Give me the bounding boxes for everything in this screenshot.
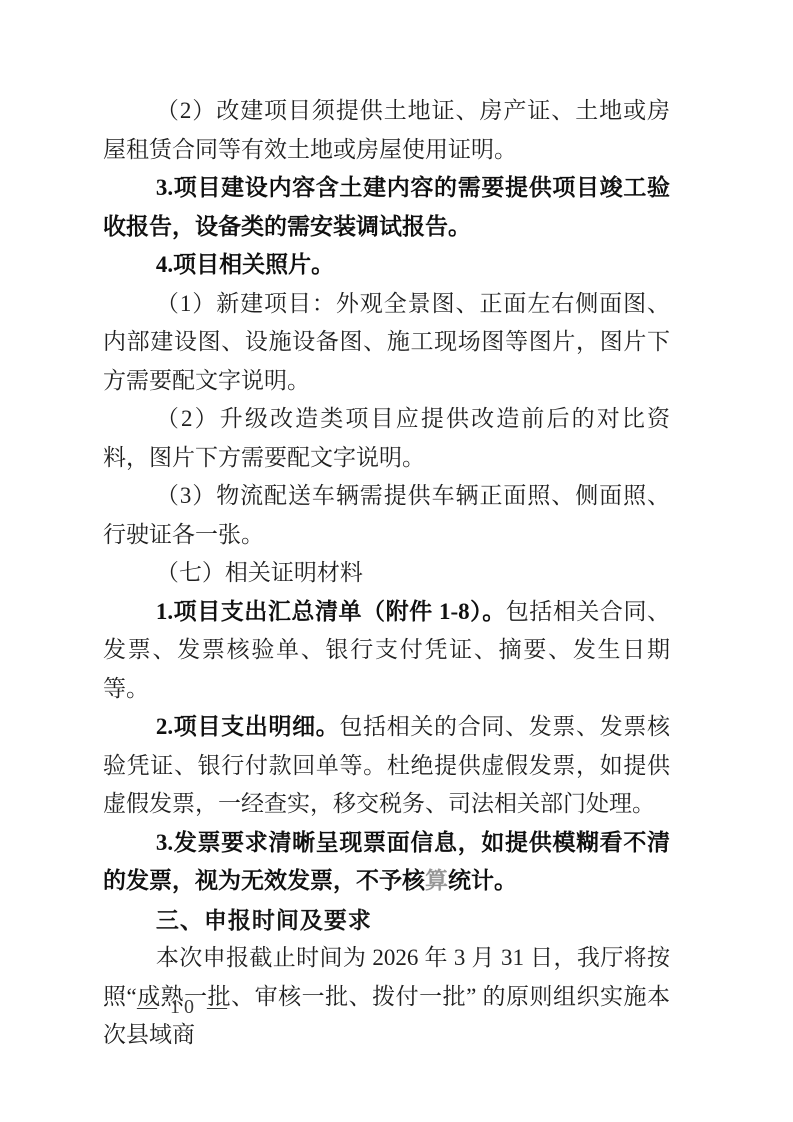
paragraph-text: （2）改建项目须提供土地证、房产证、土地或房屋租赁合同等有效土地或房屋使用证明。 xyxy=(103,98,670,162)
paragraph-text: （1）新建项目：外观全景图、正面左右侧面图、内部建设图、设施设备图、施工现场图等… xyxy=(103,291,670,393)
page-number: — 10 — xyxy=(137,996,231,1019)
paragraph-text: （2）升级改造类项目应提供改造前后的对比资料，图片下方需要配文字说明。 xyxy=(103,406,670,470)
paragraph-text: 3.项目建设内容含土建内容的需要提供项目竣工验收报告，设备类的需安装调试报告。 xyxy=(103,175,670,239)
document-body: （2）改建项目须提供土地证、房产证、土地或房屋租赁合同等有效土地或房屋使用证明。… xyxy=(103,92,670,1055)
paragraph-delivery-vehicle-photos: （3）物流配送车辆需提供车辆正面照、侧面照、行驶证各一张。 xyxy=(103,477,670,554)
paragraph-lead-text: 1.项目支出汇总清单（附件 1-8）。 xyxy=(156,599,506,624)
paragraph-text: 4.项目相关照片。 xyxy=(156,252,334,277)
paragraph-lead-text: 2.项目支出明细。 xyxy=(156,714,340,739)
paragraph-new-project-photos: （1）新建项目：外观全景图、正面左右侧面图、内部建设图、设施设备图、施工现场图等… xyxy=(103,285,670,401)
paragraph-project-photos-heading: 4.项目相关照片。 xyxy=(103,246,670,285)
paragraph-invoice-clarity-requirement: 3.发票要求清晰呈现票面信息，如提供模糊看不清的发票，视为无效发票，不予核算统计… xyxy=(103,824,670,901)
paragraph-text: （3）物流配送车辆需提供车辆正面照、侧面照、行驶证各一张。 xyxy=(103,483,670,547)
paragraph-text: 统计。 xyxy=(448,868,517,893)
paragraph-construction-acceptance-report: 3.项目建设内容含土建内容的需要提供项目竣工验收报告，设备类的需安装调试报告。 xyxy=(103,169,670,246)
paragraph-expense-details: 2.项目支出明细。包括相关的合同、发票、发票核验凭证、银行付款回单等。杜绝提供虚… xyxy=(103,708,670,824)
paragraph-text: 3.发票要求清晰呈现票面信息，如提供模糊看不清的发票，视为无效发票，不予核 xyxy=(103,830,670,894)
section-heading-text: 三、申报时间及要求 xyxy=(156,907,372,933)
paragraph-expense-summary-list: 1.项目支出汇总清单（附件 1-8）。包括相关合同、发票、发票核验单、银行支付凭… xyxy=(103,593,670,709)
paragraph-rebuild-project-certificates: （2）改建项目须提供土地证、房产证、土地或房屋租赁合同等有效土地或房屋使用证明。 xyxy=(103,92,670,169)
document-page: （2）改建项目须提供土地证、房产证、土地或房屋租赁合同等有效土地或房屋使用证明。… xyxy=(0,0,793,1122)
paragraph-upgrade-project-photos: （2）升级改造类项目应提供改造前后的对比资料，图片下方需要配文字说明。 xyxy=(103,400,670,477)
faded-character: 算 xyxy=(425,868,448,893)
paragraph-text: （七）相关证明材料 xyxy=(156,560,363,585)
section-heading-application-time-requirements: 三、申报时间及要求 xyxy=(103,901,670,940)
paragraph-related-proof-materials-heading: （七）相关证明材料 xyxy=(103,554,670,593)
